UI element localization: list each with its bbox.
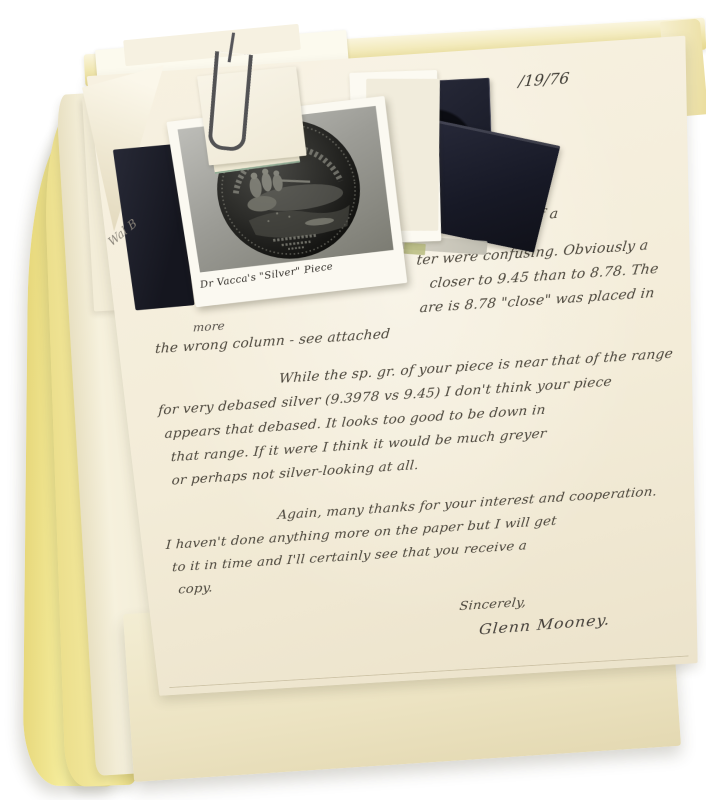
letter-closing: Sincerely, [459,597,527,613]
letter-line: Again, many thanks for your interest and… [277,486,657,522]
letter-date: /19/76 [518,71,570,90]
document-stack: Wal B /19/76 note of a ter were confusin… [0,0,706,800]
letter-line: the wrong column - see attached [154,328,390,356]
letter-line: copy. [178,582,214,596]
letter-line: are is 8.78 "close" was placed in [419,287,654,315]
letter-line: While the sp. gr. of your piece is near … [278,348,673,386]
letter-word-more: more [192,320,225,333]
signature: Glenn Mooney. [478,614,610,638]
handwritten-letter-page: Wal B /19/76 note of a ter were confusin… [87,36,698,696]
letter-line: or perhaps not silver-looking at all. [171,459,419,487]
letter-line: closer to 9.45 than to 8.78. The [429,263,658,291]
film-edge-green [404,243,426,256]
